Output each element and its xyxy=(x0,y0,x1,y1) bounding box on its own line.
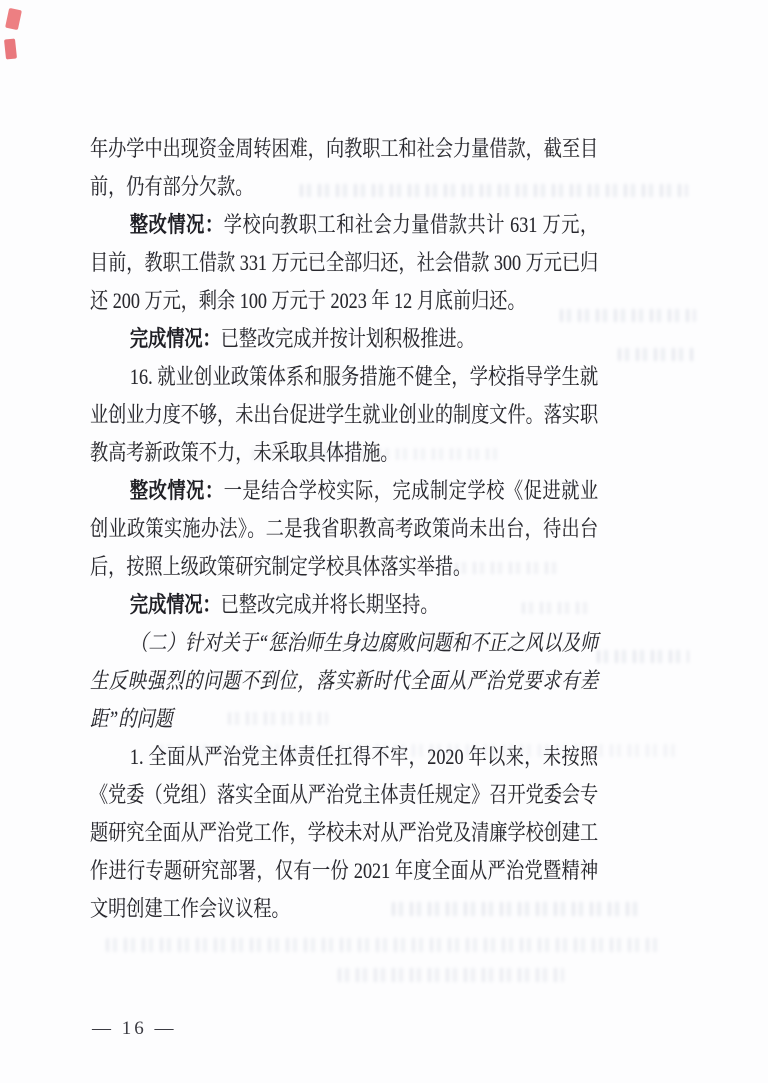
paragraph-completion-16: 完成情况：已整改完成并将长期坚持。 xyxy=(90,586,598,624)
red-stamp-mark xyxy=(5,8,22,30)
paragraph-text: 1. 全面从严治党主体责任扛得不牢，2020 年以来，未按照《党委（党组）落实全… xyxy=(90,744,598,921)
rectification-status-label: 整改情况： xyxy=(130,478,224,503)
bleedthrough-artifact xyxy=(106,938,658,952)
page-number: — 16 — xyxy=(92,1018,177,1040)
paragraph-rectification-15: 整改情况：学校向教职工和社会力量借款共计 631 万元，目前，教职工借款 331… xyxy=(90,206,598,320)
paragraph-text: 年办学中出现资金周转困难，向教职工和社会力量借款，截至目前，仍有部分欠款。 xyxy=(90,136,598,199)
bleedthrough-artifact xyxy=(338,968,564,982)
paragraph-completion-15: 完成情况：已整改完成并按计划积极推进。 xyxy=(90,320,598,358)
scanned-document-page: 年办学中出现资金周转困难，向教职工和社会力量借款，截至目前，仍有部分欠款。 整改… xyxy=(0,0,768,1083)
bleedthrough-artifact xyxy=(618,348,696,361)
paragraph-text: 16. 就业创业政策体系和服务措施不健全，学校指导学生就业创业力度不够，未出台促… xyxy=(90,364,598,465)
section-heading-text: （二）针对关于“惩治师生身边腐败问题和不正之风以及师生反映强烈的问题不到位，落实… xyxy=(90,630,598,731)
completion-status-label: 完成情况： xyxy=(130,592,221,617)
section-heading-2: （二）针对关于“惩治师生身边腐败问题和不正之风以及师生反映强烈的问题不到位，落实… xyxy=(90,624,598,738)
paragraph-item-1: 1. 全面从严治党主体责任扛得不牢，2020 年以来，未按照《党委（党组）落实全… xyxy=(90,738,598,928)
document-body: 年办学中出现资金周转困难，向教职工和社会力量借款，截至目前，仍有部分欠款。 整改… xyxy=(90,130,598,928)
paragraph-text: 已整改完成并按计划积极推进。 xyxy=(221,326,475,351)
completion-status-label: 完成情况： xyxy=(130,326,221,351)
paragraph-debt-problem: 年办学中出现资金周转困难，向教职工和社会力量借款，截至目前，仍有部分欠款。 xyxy=(90,130,598,206)
paragraph-text: 已整改完成并将长期坚持。 xyxy=(221,592,439,617)
paragraph-item-16: 16. 就业创业政策体系和服务措施不健全，学校指导学生就业创业力度不够，未出台促… xyxy=(90,358,598,472)
paragraph-rectification-16: 整改情况：一是结合学校实际，完成制定学校《促进就业创业政策实施办法》。二是我省职… xyxy=(90,472,598,586)
bleedthrough-artifact xyxy=(597,650,689,663)
red-stamp-mark xyxy=(4,38,17,59)
rectification-status-label: 整改情况： xyxy=(130,212,224,237)
